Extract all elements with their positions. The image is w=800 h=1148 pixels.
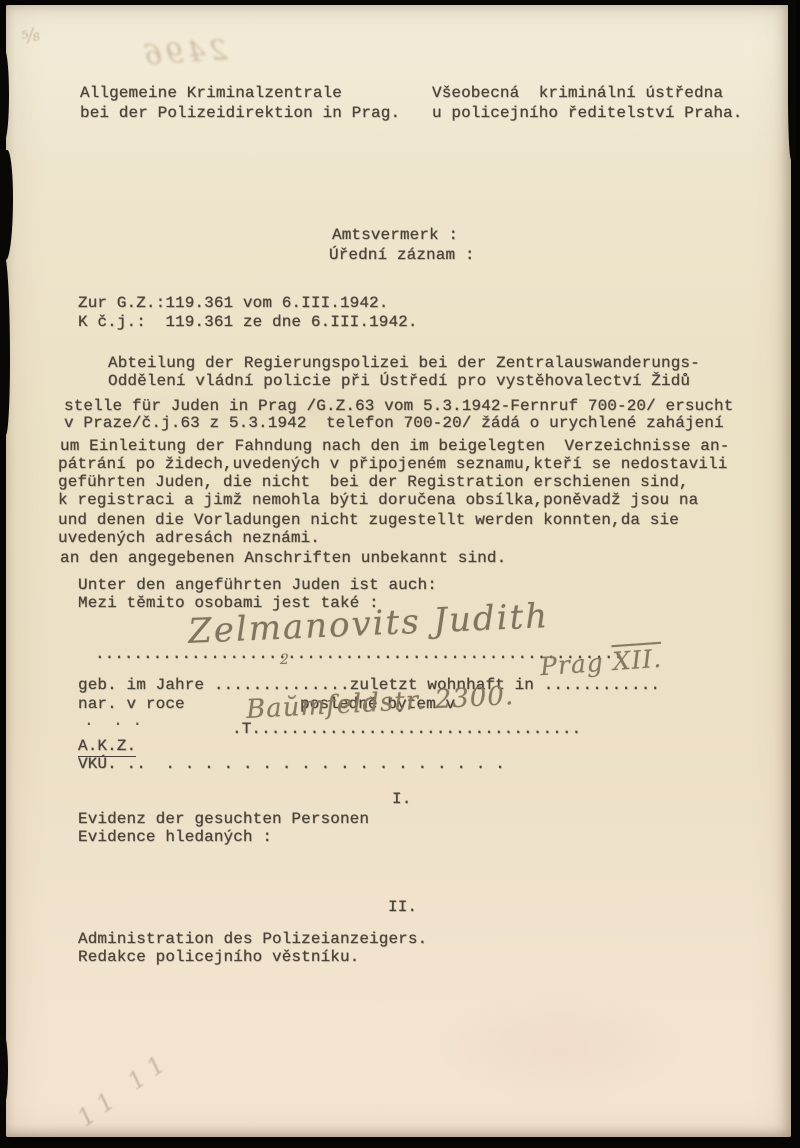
listing-intro-de: Unter den angeführten Juden ist auch: — [78, 576, 437, 594]
letterhead-de-line1: Allgemeine Kriminalzentrale — [80, 84, 342, 102]
letterhead-cs-line1: Všeobecná kriminální ústředna — [432, 84, 723, 102]
document-content: 2496 ⅝ 11 11 Allgemeine Kriminalzentrale… — [0, 0, 800, 1148]
born-line-cs: nar. v roce — [78, 695, 185, 713]
subject-de: Amtsvermerk : — [332, 226, 458, 244]
body-line: geführten Juden, die nicht bei der Regis… — [58, 473, 689, 491]
body-line: stelle für Juden in Prag /G.Z.63 vom 5.3… — [64, 397, 733, 415]
body-line: Abteilung der Regierungspolizei bei der … — [108, 354, 700, 372]
admin-de: Administration des Polizeianzeigers. — [78, 930, 427, 948]
body-line: um Einleitung der Fahndung nach den im b… — [60, 437, 729, 455]
letterhead-de-line2: bei der Polizeidirektion in Prag. — [80, 104, 400, 122]
body-line: k registraci a jimž nemohla býti doručen… — [58, 491, 698, 509]
subject-cs: Úřední záznam : — [329, 246, 475, 264]
akz-label: A.K.Z. — [78, 737, 136, 755]
ink-bleedthrough-mark: 2496 — [139, 33, 228, 72]
admin-cs: Redakce policejního věstníku. — [78, 948, 359, 966]
handwritten-city-district: XII. — [612, 644, 663, 676]
body-line: v Praze/č.j.63 z 5.3.1942 telefon 700-20… — [64, 414, 724, 432]
reference-de: Zur G.Z.:119.361 vom 6.III.1942. — [78, 294, 388, 312]
born-line-cs-dots: . . . — [84, 712, 142, 730]
vku-line: VKÚ. .. . . . . . . . . . . . . . . . . … — [78, 755, 505, 773]
reference-cs: K č.j.: 119.361 ze dne 6.III.1942. — [78, 313, 418, 331]
body-line: Oddělení vládní policie při Ústředí pro … — [108, 372, 690, 390]
body-line: pátrání po židech,uvedených v připojeném… — [58, 455, 727, 473]
section-roman-one: I. — [392, 790, 411, 808]
evidenz-de: Evidenz der gesuchten Personen — [78, 810, 369, 828]
pencil-mark-bottom-left: 11 11 — [72, 1046, 176, 1133]
scanned-document-page: 2496 ⅝ 11 11 Allgemeine Kriminalzentrale… — [0, 0, 800, 1148]
handwritten-city-prefix: Prag — [539, 647, 613, 681]
corner-pencil-scribble: ⅝ — [19, 24, 42, 49]
body-line: an den angegebenen Anschriften unbekannt… — [60, 549, 506, 567]
section-roman-two: II. — [388, 898, 417, 916]
body-line: und denen die Vorladungen nicht zugestel… — [58, 511, 679, 529]
letterhead-cs-line2: u policejního ředitelství Praha. — [432, 104, 742, 122]
akz-text: A.K.Z. — [78, 737, 136, 757]
body-line: uvedených adresách neznámi. — [58, 529, 320, 547]
handwritten-superscript: 2 — [280, 652, 289, 668]
evidenz-cs: Evidence hledaných : — [78, 828, 272, 846]
